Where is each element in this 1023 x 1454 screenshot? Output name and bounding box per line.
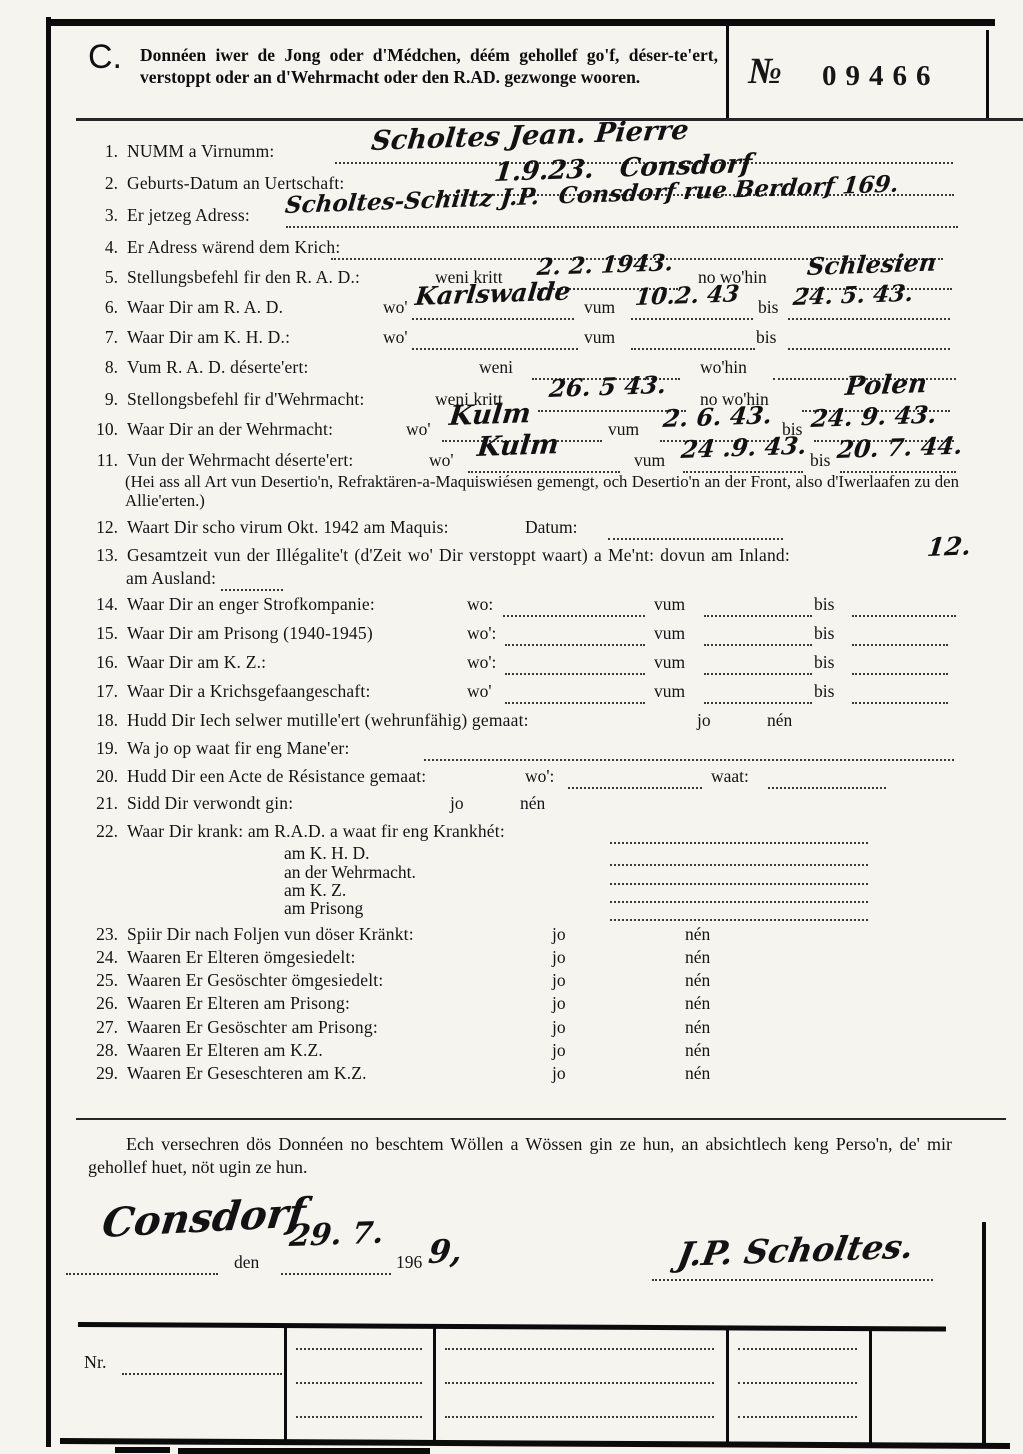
row-label: Waaren Er Geseschteren am K.Z. [127, 1063, 367, 1083]
dotted-field [505, 652, 645, 675]
row-number: 11. [88, 450, 118, 471]
row-number: 21. [88, 793, 118, 814]
form-row-26: 26.Waaren Er Elteren am Prisong: jo nén [88, 993, 956, 1020]
number-box-right-line [986, 30, 989, 119]
bottom-table-vline [433, 1325, 436, 1443]
handwritten-place: Kulm [448, 400, 532, 430]
dotted-cell [738, 1395, 857, 1418]
field-label: waat: [711, 766, 749, 787]
field-label: wo' [383, 297, 408, 318]
dotted-field [788, 327, 950, 350]
field-label: bis [758, 297, 778, 318]
handwritten-place: Karlswalde [414, 278, 572, 309]
row-number: 18. [88, 710, 118, 731]
field-label: wo' [383, 327, 408, 348]
dotted-field [631, 327, 755, 350]
sub-label: am K. H. D. [284, 843, 370, 864]
form-row-7: 7.Waar Dir am K. H. D.: wo' vum bis [88, 327, 956, 354]
bottom-table-vline [726, 1326, 729, 1444]
field-label: wo' [429, 450, 454, 471]
den-label: den [234, 1252, 259, 1273]
dotted-field [505, 623, 645, 646]
row-number: 29. [88, 1063, 118, 1084]
handwritten-place: Kulm [476, 431, 560, 461]
dotted-field [503, 594, 645, 617]
handwritten-date: 10.2. 43 [634, 282, 740, 309]
row-number: 6. [88, 297, 118, 318]
row-label: Er jetzeg Adress: [127, 205, 250, 225]
sub-label: am Prisong [284, 898, 363, 919]
handwritten-year-digit: 9, [427, 1235, 464, 1268]
dotted-field [412, 327, 578, 350]
form-row-3: 3.Er jetzeg Adress: Scholtes-Schiltz J.P… [88, 205, 956, 232]
field-label: bis [814, 652, 834, 673]
handwritten-place: Schlesien [806, 250, 938, 279]
form-row-20: 20.Hudd Dir een Acte de Résistance gemaa… [88, 766, 956, 793]
dotted-field [704, 594, 812, 617]
handwritten-date: 24. 5. 43. [792, 282, 914, 309]
dotted-field [66, 1252, 218, 1275]
handwritten-date: 2. 2. 1943. [536, 251, 674, 279]
handwritten-day-month: 29. 7. [288, 1219, 385, 1252]
row-label: Stellongsbefehl fir d'Wehrmacht: [127, 389, 365, 409]
form-row-29: 29.Waaren Er Geseschteren am K.Z. jo nén [88, 1063, 956, 1090]
row-number: 27. [88, 1017, 118, 1038]
row-number: 25. [88, 970, 118, 991]
dotted-field [608, 517, 783, 540]
scan-left-edge-line [46, 17, 51, 1447]
option-nen: nén [685, 993, 710, 1014]
option-jo: jo [552, 993, 566, 1014]
form-header-text: Donnéen iwer de Jong oder d'Médchen, déé… [140, 44, 718, 89]
form-row-17: 17.Waar Dir a Krichsgefaangeschaft: wo' … [88, 681, 956, 708]
field-label: bis [814, 594, 834, 615]
option-jo: jo [552, 1017, 566, 1038]
dotted-field [281, 1252, 391, 1275]
row-number: 2. [88, 173, 118, 194]
row-label: Waaren Er Elteren am Prisong: [127, 993, 350, 1013]
handwritten-date: 24 .9. 43. [680, 434, 808, 462]
row-label: NUMM a Virnumm: [127, 141, 274, 161]
handwritten-date: 26. 5 43. [548, 373, 667, 401]
row-label: Wa jo op waat fir eng Mane'er: [127, 738, 350, 758]
field-label: vum [654, 652, 685, 673]
form-row-22-sub-4: am Prisong [88, 898, 956, 925]
form-row-21: 21.Sidd Dir verwondt gin: jo nén [88, 793, 956, 820]
dotted-field [704, 623, 812, 646]
dotted-field [652, 1258, 933, 1281]
dotted-field [852, 681, 948, 704]
option-nen: nén [520, 793, 545, 814]
row-number: 28. [88, 1040, 118, 1061]
footer-rule [76, 1118, 1006, 1120]
row-number: 17. [88, 681, 118, 702]
form-row-14: 14.Waar Dir an enger Strofkompanie: wo: … [88, 594, 956, 621]
option-jo: jo [450, 793, 464, 814]
row-label: Waaren Er Gesöschter am Prisong: [127, 1017, 378, 1037]
row-label: am Ausland: [126, 568, 216, 588]
row-label: Gesamtzeit vun der Illégalite't (d'Zeit … [127, 545, 790, 565]
field-label: wo' [406, 419, 431, 440]
row-number: 7. [88, 327, 118, 348]
form-row-13b: am Ausland: [88, 568, 956, 595]
row-label: Waaren Er Gesöschter ömgesiedelt: [127, 970, 383, 990]
handwritten-date: 24. 9. 43. [810, 403, 938, 431]
section-letter: C. [88, 38, 122, 77]
handwritten-place-date: Consdorf [100, 1193, 308, 1244]
row-number: 24. [88, 947, 118, 968]
row-label: Waar Dir am Prisong (1940-1945) [127, 623, 373, 643]
dotted-field [610, 821, 868, 844]
year-printed: 196 [396, 1252, 422, 1273]
field-label: Datum: [525, 517, 578, 538]
form-row-12: 12.Waart Dir scho virum Okt. 1942 am Maq… [88, 517, 956, 544]
dotted-field [221, 568, 283, 591]
field-label: wo': [467, 652, 496, 673]
row-label: Waaren Er Elteren ömgesiedelt: [127, 947, 356, 967]
field-label: wo': [525, 766, 554, 787]
row-number: 13. [88, 545, 118, 566]
dotted-field [610, 898, 868, 921]
row-number: 15. [88, 623, 118, 644]
option-nen: nén [767, 710, 792, 731]
row-label: Vum R. A. D. déserte'ert: [127, 357, 309, 377]
row-11-note: (Hei ass all Art vun Desertio'n, Refrakt… [125, 472, 959, 510]
handwritten-place: Polen [844, 371, 928, 400]
handwritten-date: 20. 7. 44. [836, 434, 964, 462]
dotted-field [704, 681, 812, 704]
row-number: 22. [88, 821, 118, 842]
field-label: wo'hin [700, 357, 747, 378]
row-number: 16. [88, 652, 118, 673]
dotted-cell [738, 1361, 857, 1384]
declaration-paragraph: Ech versechren dös Donnéen no beschtem W… [88, 1133, 952, 1179]
option-nen: nén [685, 947, 710, 968]
dotted-field [704, 652, 812, 675]
numero-sign: № [748, 50, 782, 93]
row-label: Er Adress wärend dem Krich: [127, 237, 340, 257]
top-border-bar [47, 19, 995, 26]
field-label: vum [608, 419, 639, 440]
row-number: 26. [88, 993, 118, 1014]
field-label: wo': [467, 623, 496, 644]
number-box-divider-line [726, 26, 729, 119]
dotted-cell [296, 1395, 422, 1418]
row-number: 10. [88, 419, 118, 440]
row-label: Sidd Dir verwondt gin: [127, 793, 293, 813]
dotted-field [768, 766, 886, 789]
row-number: 3. [88, 205, 118, 226]
dotted-cell [296, 1327, 422, 1350]
row-label: Waaren Er Elteren am K.Z. [127, 1040, 323, 1060]
bottom-table-right-edge-line [982, 1222, 986, 1446]
dotted-field [424, 738, 954, 761]
row-number: 4. [88, 237, 118, 258]
option-jo: jo [552, 970, 566, 991]
dotted-cell [445, 1361, 714, 1384]
dotted-cell [445, 1395, 714, 1418]
row-number: 20. [88, 766, 118, 787]
dotted-cell [738, 1327, 857, 1350]
bottom-table-vline [869, 1327, 872, 1445]
row-label: Waar Dir krank: am R.A.D. a waat fir eng… [127, 821, 505, 841]
row-number: 9. [88, 389, 118, 410]
row-label: Waar Dir am R. A. D. [127, 297, 283, 317]
form-row-18: 18.Hudd Dir Iech selwer mutille'ert (weh… [88, 710, 956, 737]
row-label: Waar Dir am K. H. D.: [127, 327, 290, 347]
row-label: Hudd Dir een Acte de Résistance gemaat: [127, 766, 426, 786]
row-label: Vun der Wehrmacht déserte'ert: [127, 450, 354, 470]
option-jo: jo [697, 710, 711, 731]
row-number: 23. [88, 924, 118, 945]
row-label: Waar Dir an der Wehrmacht: [127, 419, 333, 439]
row-number: 12. [88, 517, 118, 538]
option-nen: nén [685, 1017, 710, 1038]
handwritten-date: 2. 6. 43. [662, 403, 773, 431]
field-label: wo: [467, 594, 493, 615]
row-label: Hudd Dir Iech selwer mutille'ert (wehrun… [127, 710, 529, 730]
field-label: vum [634, 450, 665, 471]
field-label: weni [479, 357, 513, 378]
option-jo: jo [552, 1040, 566, 1061]
option-nen: nén [685, 924, 710, 945]
option-jo: jo [552, 1063, 566, 1084]
row-label: Waar Dir a Krichsgefaangeschaft: [127, 681, 371, 701]
form-row-6: 6.Waar Dir am R. A. D. wo' Karlswalde vu… [88, 297, 956, 324]
form-row-15: 15.Waar Dir am Prisong (1940-1945) wo': … [88, 623, 956, 650]
field-label: vum [584, 297, 615, 318]
dotted-field [505, 681, 645, 704]
option-nen: nén [685, 1063, 710, 1084]
row-label: Waar Dir am K. Z.: [127, 652, 266, 672]
bottom-table-vline [284, 1324, 287, 1442]
dotted-field [852, 623, 948, 646]
field-label: vum [584, 327, 615, 348]
dotted-field [852, 652, 948, 675]
row-number: 1. [88, 141, 118, 162]
dotted-field [568, 766, 702, 789]
scan-bottom-mark [178, 1448, 430, 1454]
option-jo: jo [552, 924, 566, 945]
form-row-19: 19.Wa jo op waat fir eng Mane'er: [88, 738, 956, 765]
form-serial-number: 09466 [822, 60, 940, 93]
field-label: wo' [467, 681, 492, 702]
field-label: bis [810, 450, 830, 471]
nr-label: Nr. [84, 1352, 107, 1373]
field-label: vum [654, 623, 685, 644]
row-label: Waart Dir scho virum Okt. 1942 am Maquis… [127, 517, 449, 537]
option-nen: nén [685, 1040, 710, 1061]
field-label: bis [756, 327, 776, 348]
row-number: 5. [88, 267, 118, 288]
dotted-cell [296, 1361, 422, 1384]
option-nen: nén [685, 970, 710, 991]
form-row-16: 16.Waar Dir am K. Z.: wo': vum bis [88, 652, 956, 679]
field-label: vum [654, 681, 685, 702]
option-jo: jo [552, 947, 566, 968]
dotted-cell [445, 1327, 714, 1350]
scanned-form-page: C. Donnéen iwer de Jong oder d'Médchen, … [0, 0, 1023, 1454]
dotted-field [852, 594, 956, 617]
field-label: bis [814, 623, 834, 644]
form-row-8: 8.Vum R. A. D. déserte'ert: weni wo'hin [88, 357, 956, 384]
row-label: Spiir Dir nach Foljen vun döser Kränkt: [127, 924, 414, 944]
handwritten-months: 12. [926, 533, 972, 560]
field-label: vum [654, 594, 685, 615]
field-label: bis [814, 681, 834, 702]
row-label: Waar Dir an enger Strofkompanie: [127, 594, 375, 614]
row-number: 14. [88, 594, 118, 615]
row-number: 8. [88, 357, 118, 378]
row-label: Stellungsbefehl fir den R. A. D.: [127, 267, 360, 287]
scan-bottom-mark [115, 1447, 170, 1453]
dotted-field [122, 1352, 282, 1375]
row-number: 19. [88, 738, 118, 759]
